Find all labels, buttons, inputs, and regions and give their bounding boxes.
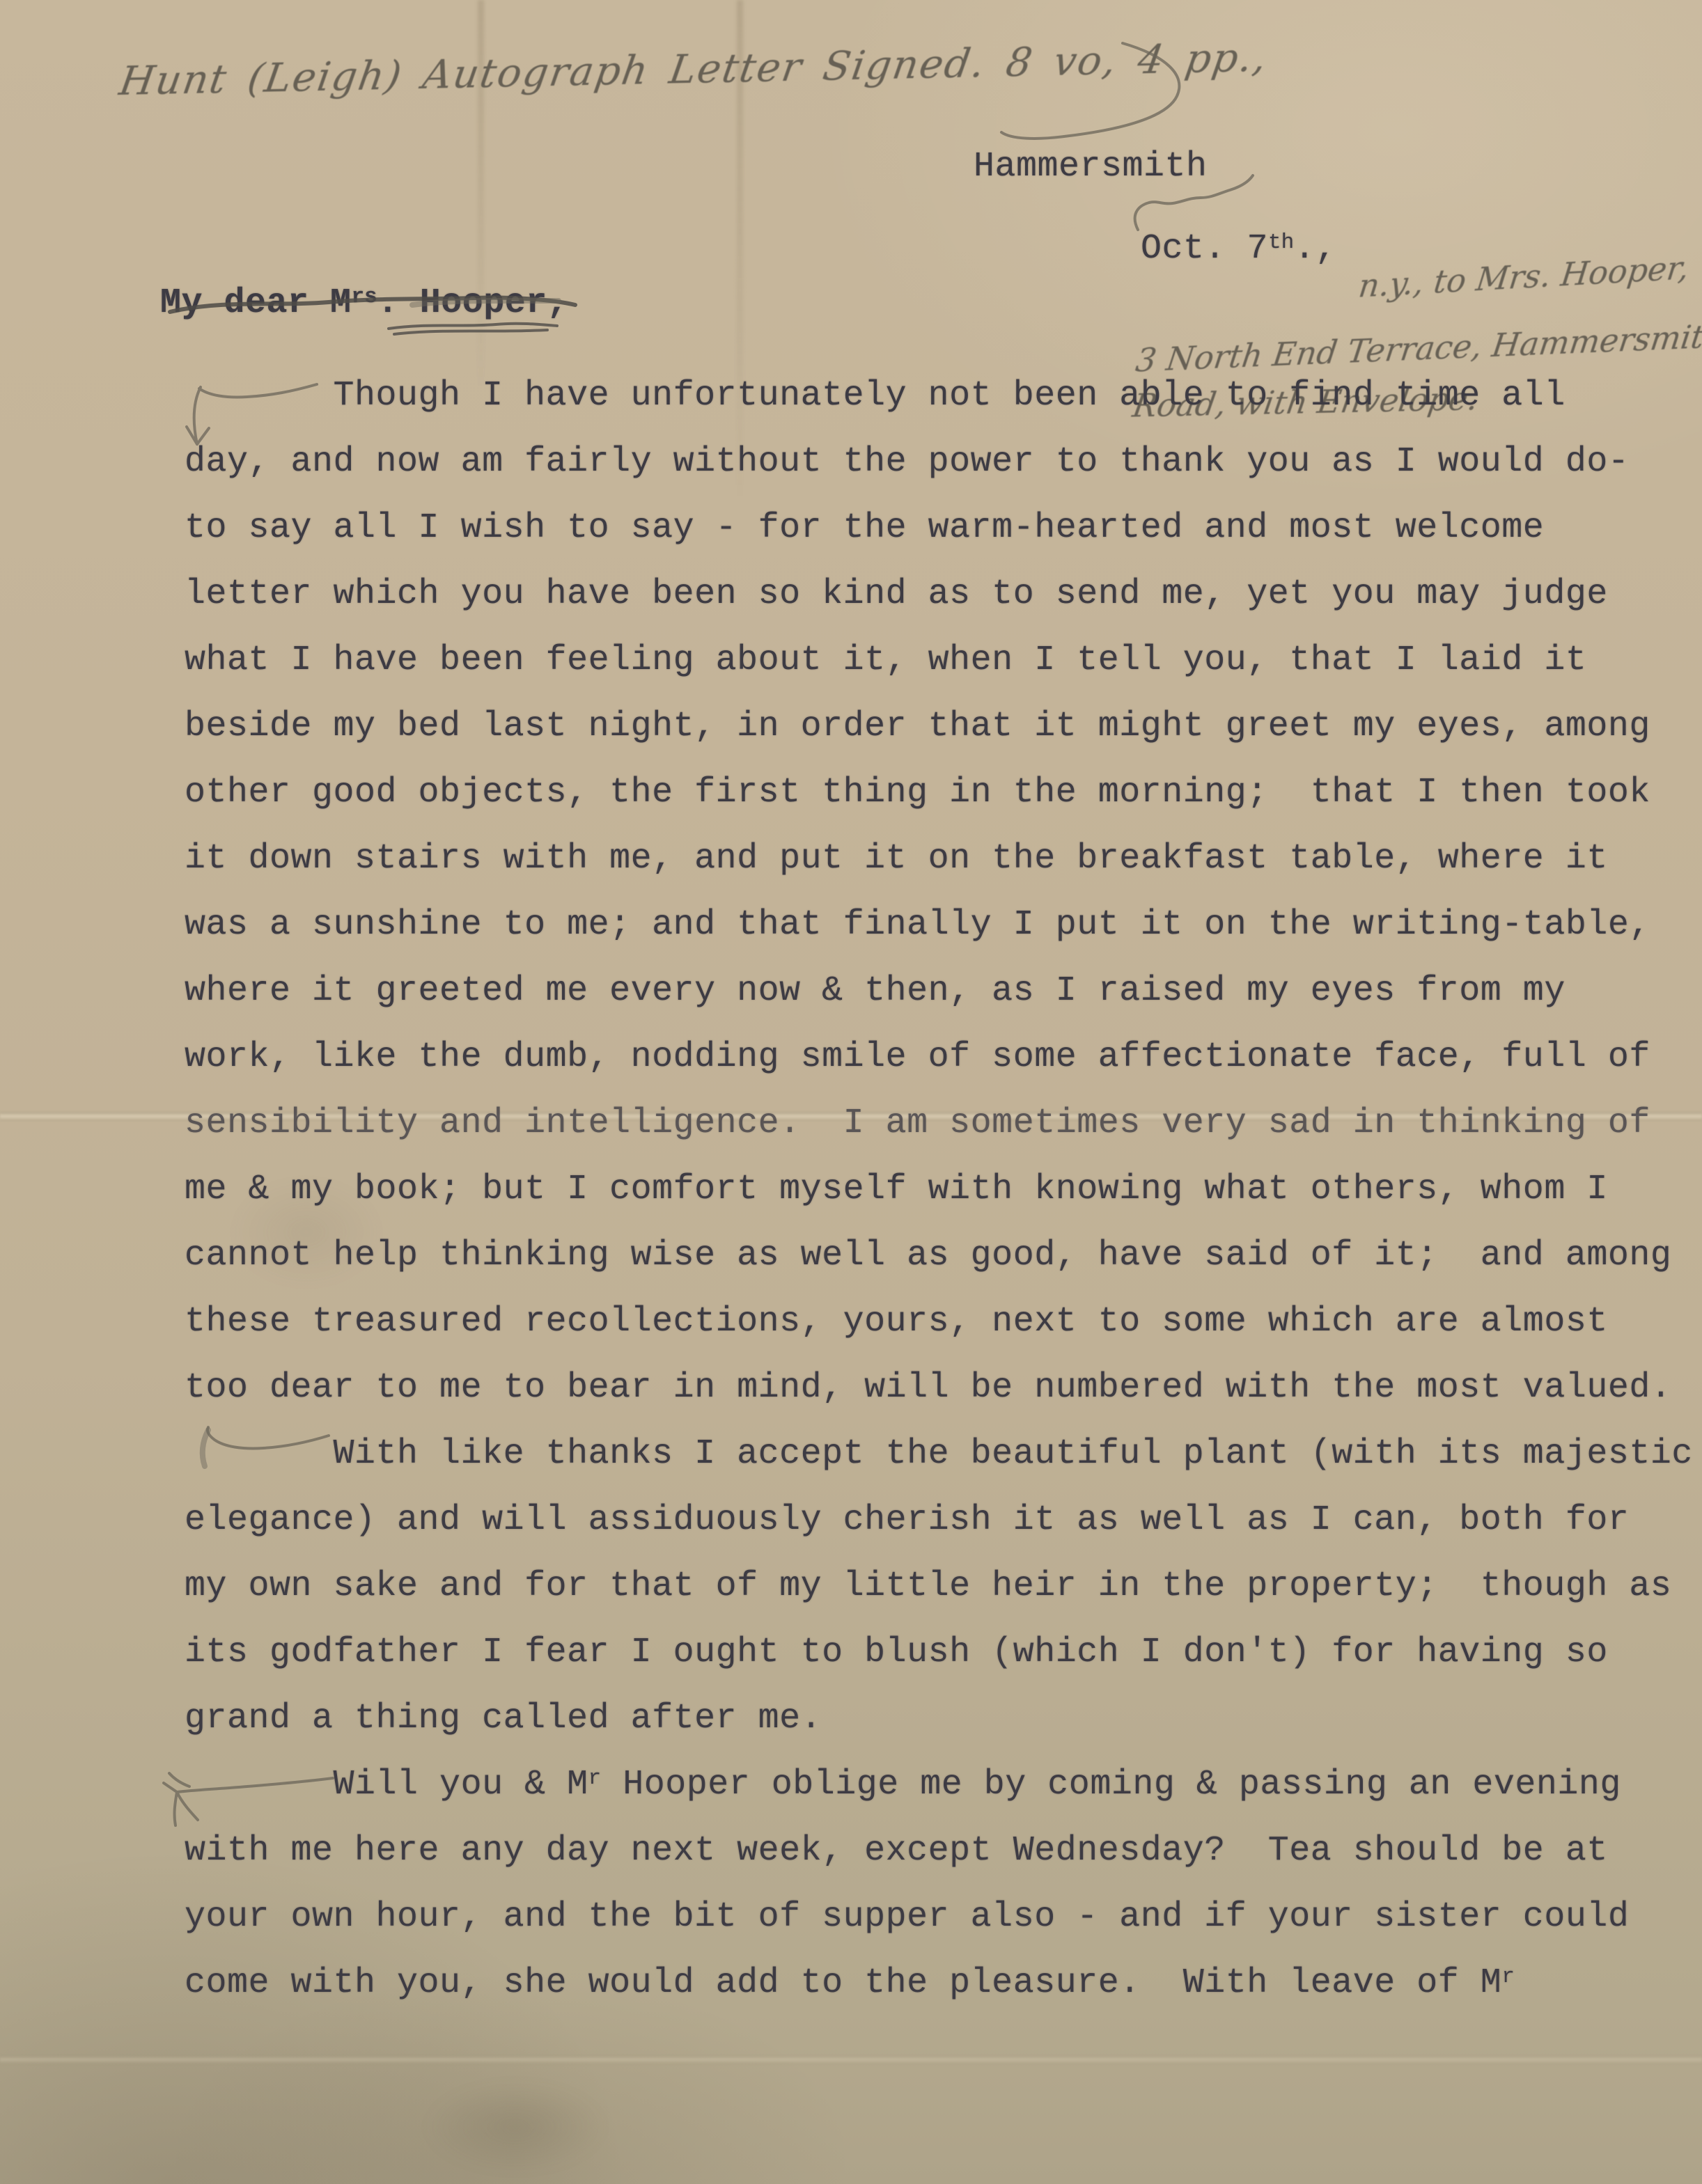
letter-line: my own sake and for that of my little he… [185, 1566, 1693, 1633]
letter-line: what I have been feeling about it, when … [185, 641, 1693, 707]
letter-line: me & my book; but I comfort myself with … [185, 1170, 1693, 1236]
letter-line: day, and now am fairly without the power… [185, 442, 1693, 508]
letter-page: Hunt (Leigh) Autograph Letter Signed. 8 … [0, 0, 1702, 2184]
place-line: Hammersmith [974, 148, 1208, 186]
date-line: Oct. 7th., [1141, 230, 1336, 268]
letter-line: grand a thing called after me. [185, 1699, 1693, 1765]
letter-line: Will you & Mr Hooper oblige me by coming… [185, 1765, 1693, 1831]
letter-line: with me here any day next week, except W… [185, 1831, 1693, 1897]
letter-line: too dear to me to bear in mind, will be … [185, 1368, 1693, 1434]
letter-line: work, like the dumb, nodding smile of so… [185, 1037, 1693, 1103]
letter-line: beside my bed last night, in order that … [185, 707, 1693, 773]
catalog-annotation: Hunt (Leigh) Autograph Letter Signed. 8 … [35, 0, 1269, 152]
lower-fold-crease [0, 2055, 1702, 2064]
letter-line: With like thanks I accept the beautiful … [185, 1434, 1693, 1500]
letter-line: sensibility and intelligence. I am somet… [185, 1103, 1693, 1170]
letter-line: other good objects, the first thing in t… [185, 773, 1693, 839]
letter-line: elegance) and will assiduously cherish i… [185, 1500, 1693, 1566]
letter-line: where it greeted me every now & then, as… [185, 971, 1693, 1037]
paper-smudge [425, 2082, 606, 2172]
letter-line: was a sunshine to me; and that finally I… [185, 905, 1693, 971]
letter-line: to say all I wish to say - for the warm-… [185, 508, 1693, 574]
salutation-scribble-underline [389, 324, 557, 334]
salutation: My dear Mrs. Hooper, [160, 284, 568, 322]
letter-line: Though I have unfortunately not been abl… [185, 376, 1693, 442]
letter-line: your own hour, and the bit of supper als… [185, 1897, 1693, 1963]
letter-line: cannot help thinking wise as well as goo… [185, 1236, 1693, 1302]
letter-line: come with you, she would add to the plea… [185, 1963, 1693, 2029]
letter-line: letter which you have been so kind as to… [185, 574, 1693, 641]
letter-line: its godfather I fear I ought to blush (w… [185, 1633, 1693, 1699]
letter-line: these treasured recollections, yours, ne… [185, 1302, 1693, 1368]
catalog-annotation-text: Hunt (Leigh) Autograph Letter Signed. 8 … [117, 34, 1272, 104]
letter-body: Though I have unfortunately not been abl… [185, 376, 1693, 2029]
letter-line: it down stairs with me, and put it on th… [185, 839, 1693, 905]
